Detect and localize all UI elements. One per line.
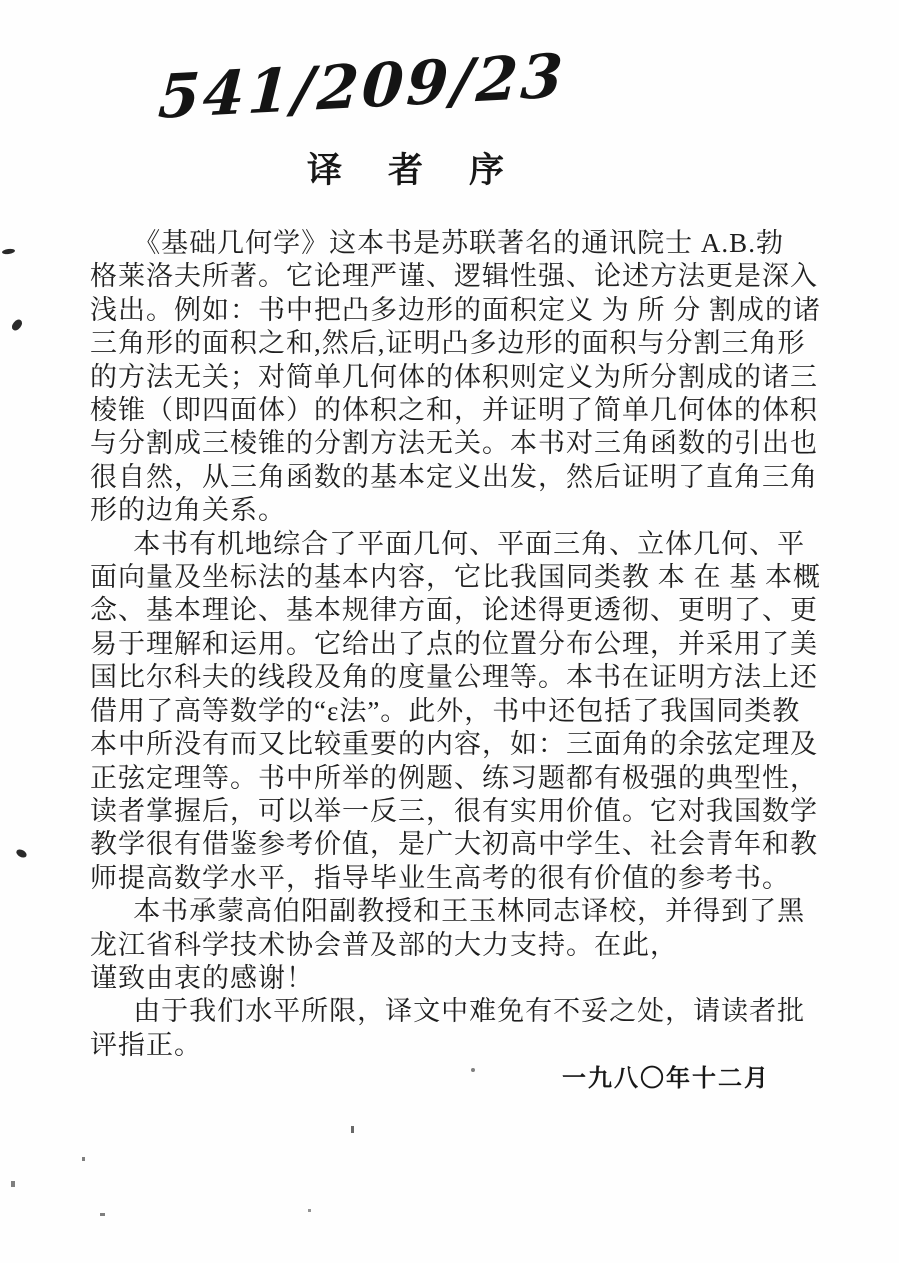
text-line: 教学很有借鉴参考价值，是广大初高中学生、社会青年和教	[90, 828, 836, 861]
text-line: 借用了高等数学的“ε法”。此外，书中还包括了我国同类教	[90, 695, 836, 728]
ink-speck	[11, 1181, 15, 1187]
scanned-book-page: 541/209/23 译者序 《基础几何学》这本书是苏联著名的通讯院士 A.B.…	[0, 0, 899, 1263]
paragraph: 本书承蒙高伯阳副教授和王玉林同志译校，并得到了黑龙江省科学技术协会普及部的大力支…	[90, 895, 836, 995]
text-line: 的方法无关；对简单几何体的体积则定义为所分割成的诸三	[90, 361, 836, 394]
text-line: 棱锥（即四面体）的体积之和，并证明了简单几何体的体积	[90, 394, 836, 427]
text-line: 很自然，从三角函数的基本定义出发，然后证明了直角三角	[90, 461, 836, 494]
ink-speck	[10, 318, 24, 332]
ink-speck	[15, 848, 28, 859]
text-line: 由于我们水平所限，译文中难免有不妥之处，请读者批	[90, 995, 836, 1028]
ink-speck	[471, 1068, 475, 1072]
text-line: 谨致由衷的感谢！	[90, 962, 836, 995]
text-line: 格莱洛夫所著。它论理严谨、逻辑性强、论述方法更是深入	[90, 260, 836, 293]
page-title: 译者序	[0, 143, 878, 193]
ink-speck	[100, 1213, 105, 1216]
text-line: 本书承蒙高伯阳副教授和王玉林同志译校，并得到了黑	[90, 895, 836, 928]
text-line: 国比尔科夫的线段及角的度量公理等。本书在证明方法上还	[90, 661, 836, 694]
text-line: 三角形的面积之和,然后,证明凸多边形的面积与分割三角形	[90, 327, 836, 360]
text-line: 正弦定理等。书中所举的例题、练习题都有极强的典型性，	[90, 762, 836, 795]
text-line: 念、基本理论、基本规律方面，论述得更透彻、更明了、更	[90, 594, 836, 627]
ink-speck	[82, 1157, 85, 1161]
text-line: 龙江省科学技术协会普及部的大力支持。在此，	[90, 929, 836, 962]
ink-speck	[351, 1126, 354, 1133]
text-line: 本书有机地综合了平面几何、平面三角、立体几何、平	[90, 528, 836, 561]
paragraph: 本书有机地综合了平面几何、平面三角、立体几何、平面向量及坐标法的基本内容，它比我…	[90, 528, 836, 895]
ink-speck	[2, 248, 16, 255]
text-line: 易于理解和运用。它给出了点的位置分布公理，并采用了美	[90, 628, 836, 661]
date-container: 一九八〇年十二月	[90, 1062, 836, 1096]
paragraph: 由于我们水平所限，译文中难免有不妥之处，请读者批评指正。	[90, 995, 836, 1062]
preface-body: 《基础几何学》这本书是苏联著名的通讯院士 A.B.勃格莱洛夫所著。它论理严谨、逻…	[90, 227, 836, 1062]
date-line: 一九八〇年十二月	[90, 1063, 836, 1096]
text-line: 评指正。	[90, 1029, 836, 1062]
ink-speck	[308, 1209, 311, 1212]
text-line: 师提高数学水平，指导毕业生高考的很有价值的参考书。	[90, 862, 836, 895]
text-line: 浅出。例如：书中把凸多边形的面积定义 为 所 分 割成的诸	[90, 294, 836, 327]
text-line: 读者掌握后，可以举一反三，很有实用价值。它对我国数学	[90, 795, 836, 828]
handwritten-call-number: 541/209/23	[156, 41, 567, 133]
text-line: 面向量及坐标法的基本内容，它比我国同类教 本 在 基 本概	[90, 561, 836, 594]
text-line: 《基础几何学》这本书是苏联著名的通讯院士 A.B.勃	[90, 227, 836, 260]
text-line: 形的边角关系。	[90, 494, 836, 527]
paragraph: 《基础几何学》这本书是苏联著名的通讯院士 A.B.勃格莱洛夫所著。它论理严谨、逻…	[90, 227, 836, 528]
text-line: 本中所没有而又比较重要的内容，如：三面角的余弦定理及	[90, 728, 836, 761]
text-line: 与分割成三棱锥的分割方法无关。本书对三角函数的引出也	[90, 427, 836, 460]
